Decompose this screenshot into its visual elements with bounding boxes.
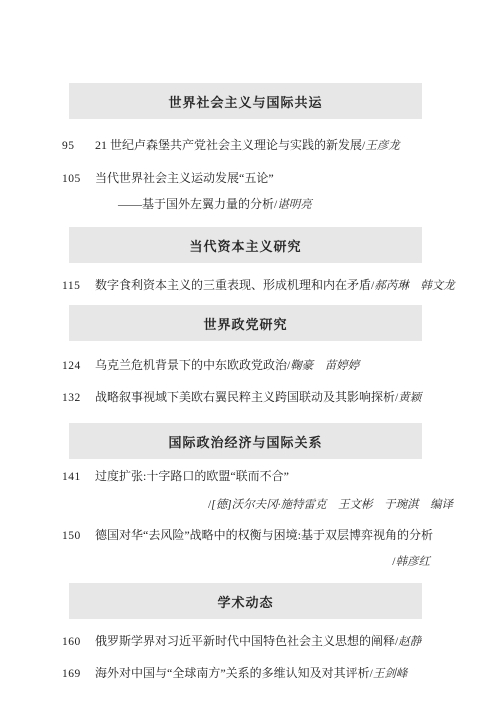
entry-page-number: 141 (62, 469, 95, 485)
toc-entry-105: 105当代世界社会主义运动发展“五论” (62, 170, 274, 187)
entry-page-number: 160 (62, 634, 95, 650)
entry-page-number: 95 (62, 138, 95, 154)
journal-toc-page: 世界社会主义与国际共运 9521 世纪卢森堡共产党社会主义理论与实践的新发展/王… (0, 0, 477, 713)
toc-entry-124: 124乌克兰危机背景下的中东欧政党政治/鞠豪 苗婷婷 (62, 357, 359, 374)
entry-authors: 郝芮琳 韩文龙 (374, 280, 455, 292)
entry-title: 当代世界社会主义运动发展“五论” (95, 171, 274, 185)
entry-page-number: 105 (62, 171, 95, 187)
entry-authors: 鞠豪 苗婷婷 (290, 360, 359, 372)
toc-entry-132: 132战略叙事视域下美欧右翼民粹主义跨国联动及其影响探析/黄颖 (62, 389, 421, 406)
toc-entry-105-subtitle: ——基于国外左翼力量的分析/谌明亮 (118, 196, 312, 213)
section-title: 当代资本主义研究 (189, 236, 301, 255)
entry-title: 乌克兰危机背景下的中东欧政党政治 (95, 358, 287, 372)
entry-title: 俄罗斯学界对习近平新时代中国特色社会主义思想的阐释 (95, 634, 395, 648)
section-bar-contemporary-capitalism: 当代资本主义研究 (69, 227, 422, 263)
entry-authors: 王剑峰 (373, 668, 408, 680)
entry-title: 战略叙事视域下美欧右翼民粹主义跨国联动及其影响探析 (95, 390, 395, 404)
section-title: 国际政治经济与国际关系 (168, 432, 322, 451)
section-bar-intl-political-economy: 国际政治经济与国际关系 (69, 423, 422, 459)
section-bar-world-socialism: 世界社会主义与国际共运 (69, 83, 422, 119)
section-title: 世界政党研究 (203, 314, 287, 333)
toc-entry-115: 115数字食利资本主义的三重表现、形成机理和内在矛盾/郝芮琳 韩文龙 (62, 277, 455, 294)
entry-page-number: 132 (62, 390, 95, 406)
entry-translators: [德]沃尔夫冈·施特雷克 王文彬 于琬淇 编译 (211, 499, 453, 511)
entry-title: 过度扩张:十字路口的欧盟“联而不合” (95, 469, 289, 483)
toc-entry-141-translators: /[德]沃尔夫冈·施特雷克 王文彬 于琬淇 编译 (208, 496, 453, 513)
entry-title: 德国对华“去风险”战略中的权衡与困境:基于双层博弈视角的分析 (95, 528, 433, 542)
toc-entry-160: 160俄罗斯学界对习近平新时代中国特色社会主义思想的阐释/赵静 (62, 633, 421, 650)
toc-entry-169: 169海外对中国与“全球南方”关系的多维认知及对其评析/王剑峰 (62, 665, 407, 682)
entry-page-number: 124 (62, 358, 95, 374)
entry-page-number: 150 (62, 528, 95, 544)
section-bar-academic-trends: 学术动态 (69, 583, 422, 619)
section-bar-world-parties: 世界政党研究 (69, 305, 422, 341)
entry-subtitle: ——基于国外左翼力量的分析 (118, 197, 274, 211)
toc-entry-95: 9521 世纪卢森堡共产党社会主义理论与实践的新发展/王彦龙 (62, 137, 400, 154)
entry-title: 21 世纪卢森堡共产党社会主义理论与实践的新发展 (95, 138, 362, 152)
entry-page-number: 115 (62, 278, 95, 294)
toc-entry-141: 141过度扩张:十字路口的欧盟“联而不合” (62, 468, 289, 485)
entry-authors: 赵静 (398, 636, 421, 648)
section-title: 学术动态 (217, 592, 273, 611)
entry-authors: 黄颖 (398, 392, 421, 404)
section-title: 世界社会主义与国际共运 (168, 92, 322, 111)
entry-title: 海外对中国与“全球南方”关系的多维认知及对其评析 (95, 666, 370, 680)
entry-authors: 王彦龙 (365, 140, 400, 152)
toc-entry-150: 150德国对华“去风险”战略中的权衡与困境:基于双层博弈视角的分析 (62, 527, 433, 544)
toc-entry-150-author: /韩彦红 (392, 553, 430, 570)
entry-authors: 谌明亮 (277, 199, 312, 211)
entry-authors: 韩彦红 (396, 556, 431, 568)
entry-title: 数字食利资本主义的三重表现、形成机理和内在矛盾 (95, 278, 371, 292)
entry-page-number: 169 (62, 666, 95, 682)
